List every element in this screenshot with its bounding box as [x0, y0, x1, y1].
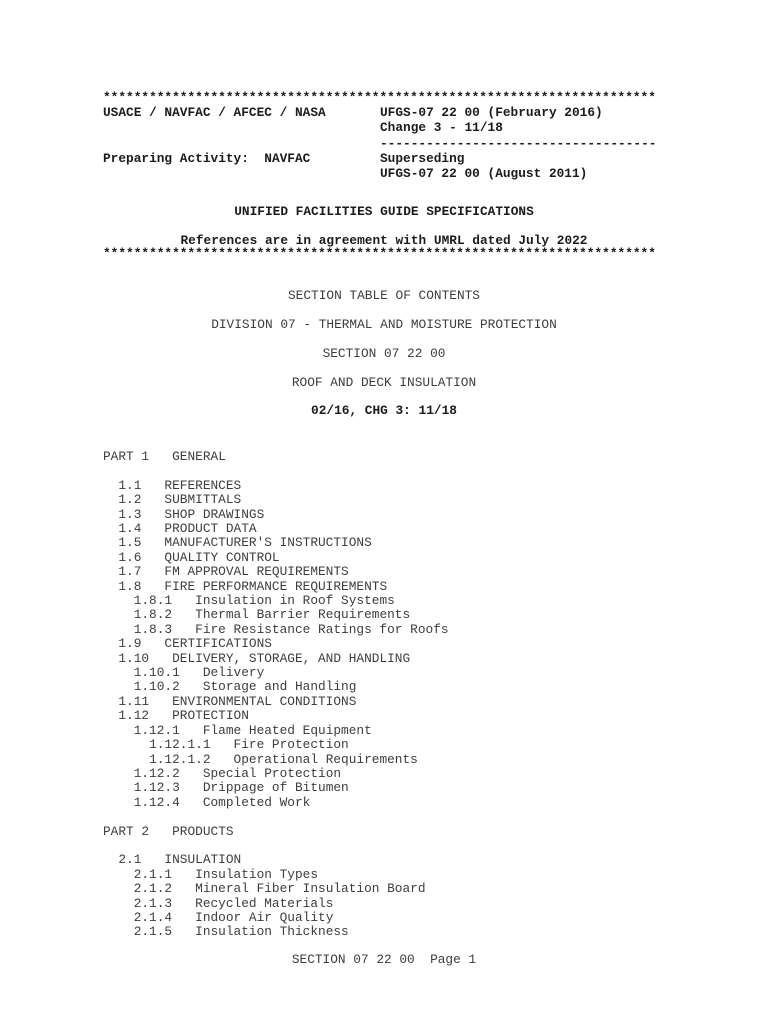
header-row-superseded: UFGS-07 22 00 (August 2011) — [103, 166, 660, 181]
toc-item: 1.6 QUALITY CONTROL — [103, 551, 703, 565]
toc-part-heading: PART 1 GENERAL — [103, 450, 703, 464]
header-row-preparing: Preparing Activity: NAVFAC Superseding — [103, 151, 660, 166]
star-divider-bottom: ****************************************… — [103, 246, 660, 261]
revision-line: 02/16, CHG 3: 11/18 — [0, 403, 768, 418]
toc-item: 2.1.2 Mineral Fiber Insulation Board — [103, 882, 703, 896]
dash-divider: ------------------------------------ — [380, 136, 660, 151]
toc-item: 1.10.1 Delivery — [103, 666, 703, 680]
header-row-org: USACE / NAVFAC / AFCEC / NASA UFGS-07 22… — [103, 105, 660, 120]
spec-header: ****************************************… — [103, 90, 660, 181]
division-title: DIVISION 07 - THERMAL AND MOISTURE PROTE… — [0, 317, 768, 332]
toc-item: 2.1 INSULATION — [103, 853, 703, 867]
toc: PART 1 GENERAL1.1 REFERENCES1.2 SUBMITTA… — [103, 450, 703, 940]
toc-item: 1.12.1.2 Operational Requirements — [103, 753, 703, 767]
toc-item: 1.12 PROTECTION — [103, 709, 703, 723]
toc-item: 2.1.4 Indoor Air Quality — [103, 911, 703, 925]
toc-item: 1.9 CERTIFICATIONS — [103, 637, 703, 651]
page-footer: SECTION 07 22 00 Page 1 — [0, 952, 768, 967]
toc-item: 1.12.1 Flame Heated Equipment — [103, 724, 703, 738]
toc-title: SECTION TABLE OF CONTENTS — [0, 288, 768, 303]
spacer — [103, 166, 380, 181]
toc-item: 1.7 FM APPROVAL REQUIREMENTS — [103, 565, 703, 579]
toc-item: 1.8.3 Fire Resistance Ratings for Roofs — [103, 623, 703, 637]
toc-part-heading: PART 2 PRODUCTS — [103, 825, 703, 839]
header-row-change: Change 3 - 11/18 — [103, 120, 660, 135]
org-names: USACE / NAVFAC / AFCEC / NASA — [103, 105, 380, 120]
spec-number-current: UFGS-07 22 00 (February 2016) — [380, 105, 660, 120]
toc-item: 1.10.2 Storage and Handling — [103, 680, 703, 694]
toc-item: 1.8.1 Insulation in Roof Systems — [103, 594, 703, 608]
spec-number-superseded: UFGS-07 22 00 (August 2011) — [380, 166, 660, 181]
section-title: ROOF AND DECK INSULATION — [0, 375, 768, 390]
spacer — [103, 136, 380, 151]
document-page: ****************************************… — [0, 0, 768, 1024]
toc-item: 1.5 MANUFACTURER'S INSTRUCTIONS — [103, 536, 703, 550]
superseding-label: Superseding — [380, 151, 660, 166]
toc-item: 1.12.1.1 Fire Protection — [103, 738, 703, 752]
toc-item: 1.12.4 Completed Work — [103, 796, 703, 810]
toc-item: 1.4 PRODUCT DATA — [103, 522, 703, 536]
toc-item: 1.11 ENVIRONMENTAL CONDITIONS — [103, 695, 703, 709]
toc-item: 2.1.3 Recycled Materials — [103, 897, 703, 911]
toc-item: 1.3 SHOP DRAWINGS — [103, 508, 703, 522]
section-number: SECTION 07 22 00 — [0, 346, 768, 361]
toc-item: 1.12.2 Special Protection — [103, 767, 703, 781]
toc-item: 1.10 DELIVERY, STORAGE, AND HANDLING — [103, 652, 703, 666]
toc-item: 2.1.5 Insulation Thickness — [103, 925, 703, 939]
toc-item: 1.2 SUBMITTALS — [103, 493, 703, 507]
toc-item: 1.8 FIRE PERFORMANCE REQUIREMENTS — [103, 580, 703, 594]
preparing-activity: Preparing Activity: NAVFAC — [103, 151, 380, 166]
star-divider-top: ****************************************… — [103, 90, 660, 105]
toc-item: 2.1.1 Insulation Types — [103, 868, 703, 882]
toc-item: 1.8.2 Thermal Barrier Requirements — [103, 608, 703, 622]
toc-item: 1.1 REFERENCES — [103, 479, 703, 493]
toc-item: 1.12.3 Drippage of Bitumen — [103, 781, 703, 795]
banner-title: UNIFIED FACILITIES GUIDE SPECIFICATIONS — [0, 204, 768, 219]
change-note: Change 3 - 11/18 — [380, 120, 660, 135]
spacer — [103, 120, 380, 135]
header-row-dashes: ------------------------------------ — [103, 136, 660, 151]
